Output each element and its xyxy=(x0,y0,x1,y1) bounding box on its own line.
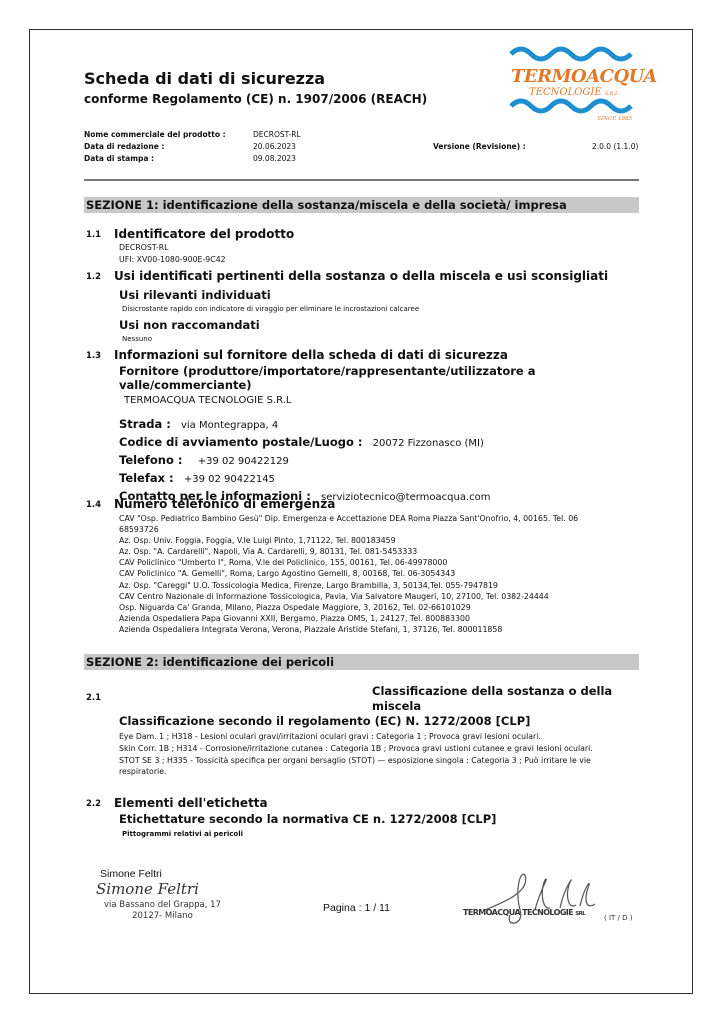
clp-classification-heading: Classificazione secondo il regolamento (… xyxy=(119,714,530,728)
section-2-1-heading-line1: Classificazione della sostanza o della xyxy=(372,684,612,698)
relevant-uses-text: Disicrostante rapido con indicatore di v… xyxy=(122,305,419,313)
field-phone: Telefono : +39 02 90422129 xyxy=(119,449,289,468)
relevant-uses-heading: Usi rilevanti individuati xyxy=(119,288,271,302)
signature: Simone Feltri xyxy=(96,880,199,898)
page-frame xyxy=(29,29,693,994)
section-1-2-number: 1.2 xyxy=(86,272,101,282)
company-logo: TERMOACQUA TECNOLOGIE S.R.L. SINCE 1985 xyxy=(505,40,640,128)
emergency-line: 68593726 xyxy=(119,524,578,535)
print-date-label: Data di stampa : xyxy=(84,154,154,163)
section-1-4-heading: Numero telefonico di emergenza xyxy=(114,497,335,511)
print-date-value: 09.08.2023 xyxy=(253,154,296,163)
not-recommended-text: Nessuno xyxy=(122,335,152,343)
section-1-2-heading: Usi identificati pertinenti della sostan… xyxy=(114,269,608,283)
section-2-2-heading: Elementi dell'etichetta xyxy=(114,796,268,810)
emergency-list: CAV "Osp. Pediatrico Bambino Gesù" Dip. … xyxy=(119,513,578,635)
emergency-line: Az. Osp. Univ. Foggia, Foggia, V.le Luig… xyxy=(119,535,578,546)
emergency-line: CAV Centro Nazionale di Informazione Tos… xyxy=(119,591,578,602)
section-1-title: SEZIONE 1: identificazione della sostanz… xyxy=(84,197,639,213)
version-value: 2.0.0 (1.1.0) xyxy=(592,142,638,151)
product-name-value: DECROST-RL xyxy=(253,130,301,139)
section-1-4-number: 1.4 xyxy=(86,500,101,510)
hazard-list: Eye Dam. 1 ; H318 - Lesioni oculari grav… xyxy=(119,731,639,777)
supplier-heading-line2: valle/commerciante) xyxy=(119,378,252,392)
signer-name: Simone Feltri xyxy=(100,868,162,880)
hazard-statement: Skin Corr. 1B ; H314 - Corrosione/irrita… xyxy=(119,743,639,754)
product-name-label: Nome commerciale del prodotto : xyxy=(84,130,226,139)
company-signature-icon xyxy=(480,870,600,930)
pictograms-label: Pittogrammi relativi ai pericoli xyxy=(122,830,243,838)
signer-address: via Bassano del Grappa, 17 20127- Milano xyxy=(104,900,221,922)
section-2-2-number: 2.2 xyxy=(86,799,101,809)
hazard-statement: STOT SE 3 ; H335 - Tossicità specifica p… xyxy=(119,755,639,777)
section-2-1-heading-line2: miscela xyxy=(372,699,421,713)
emergency-line: Az. Osp. "Careggi" U.O. Tossicologia Med… xyxy=(119,580,578,591)
emergency-line: CAV Policlinico "Umberto I", Roma, V.le … xyxy=(119,557,578,568)
language-code: ( IT / D ) xyxy=(604,914,632,922)
labelling-heading: Etichettature secondo la normativa CE n.… xyxy=(119,812,496,826)
supplier-heading-line1: Fornitore (produttore/importatore/rappre… xyxy=(119,364,536,378)
section-1-3-number: 1.3 xyxy=(86,351,101,361)
ufi-code: UFI: XV00-1080-900E-9C42 xyxy=(119,255,226,264)
supplier-company: TERMOACQUA TECNOLOGIE S.R.L xyxy=(124,395,291,406)
not-recommended-heading: Usi non raccomandati xyxy=(119,318,260,332)
emergency-line: Azienda Ospedaliera Integrata Verona, Ve… xyxy=(119,624,578,635)
document-title: Scheda di dati di sicurezza xyxy=(84,69,325,88)
emergency-line: CAV Policlinico "A. Gemelli", Roma, Larg… xyxy=(119,568,578,579)
section-2-1-number: 2.1 xyxy=(86,693,101,703)
emergency-line: CAV "Osp. Pediatrico Bambino Gesù" Dip. … xyxy=(119,513,578,524)
logo-name: TERMOACQUA xyxy=(511,66,657,87)
emergency-line: Azienda Ospedaliera Papa Giovanni XXII, … xyxy=(119,613,578,624)
field-fax: Telefax : +39 02 90422145 xyxy=(119,467,275,486)
document-subtitle: conforme Regolamento (CE) n. 1907/2006 (… xyxy=(84,92,427,106)
hazard-statement: Eye Dam. 1 ; H318 - Lesioni oculari grav… xyxy=(119,731,639,742)
field-street: Strada : via Montegrappa, 4 xyxy=(119,413,278,432)
product-identifier: DECROST-RL xyxy=(119,243,169,252)
edit-date-value: 20.06.2023 xyxy=(253,142,296,151)
logo-sub: TECNOLOGIE S.R.L. xyxy=(529,87,620,98)
logo-since: SINCE 1985 xyxy=(597,116,632,122)
header-divider xyxy=(84,179,639,181)
page-number: Pagina : 1 / 11 xyxy=(323,902,390,914)
version-label: Versione (Revisione) : xyxy=(433,142,526,151)
contact-email[interactable]: serviziotecnico@termoacqua.com xyxy=(321,492,490,503)
edit-date-label: Data di redazione : xyxy=(84,142,164,151)
company-stamp: TERMOACQUA TECNOLOGIE SRL xyxy=(463,908,585,917)
section-2-title: SEZIONE 2: identificazione dei pericoli xyxy=(84,654,639,670)
emergency-line: Az. Osp. "A. Cardarelli", Napoli, Via A.… xyxy=(119,546,578,557)
section-1-1-number: 1.1 xyxy=(86,230,101,240)
section-1-1-heading: Identificatore del prodotto xyxy=(114,227,294,241)
field-postal-code: Codice di avviamento postale/Luogo : 200… xyxy=(119,431,484,450)
emergency-line: Osp. Niguarda Ca' Granda, Milano, Piazza… xyxy=(119,602,578,613)
section-1-3-heading: Informazioni sul fornitore della scheda … xyxy=(114,348,508,362)
